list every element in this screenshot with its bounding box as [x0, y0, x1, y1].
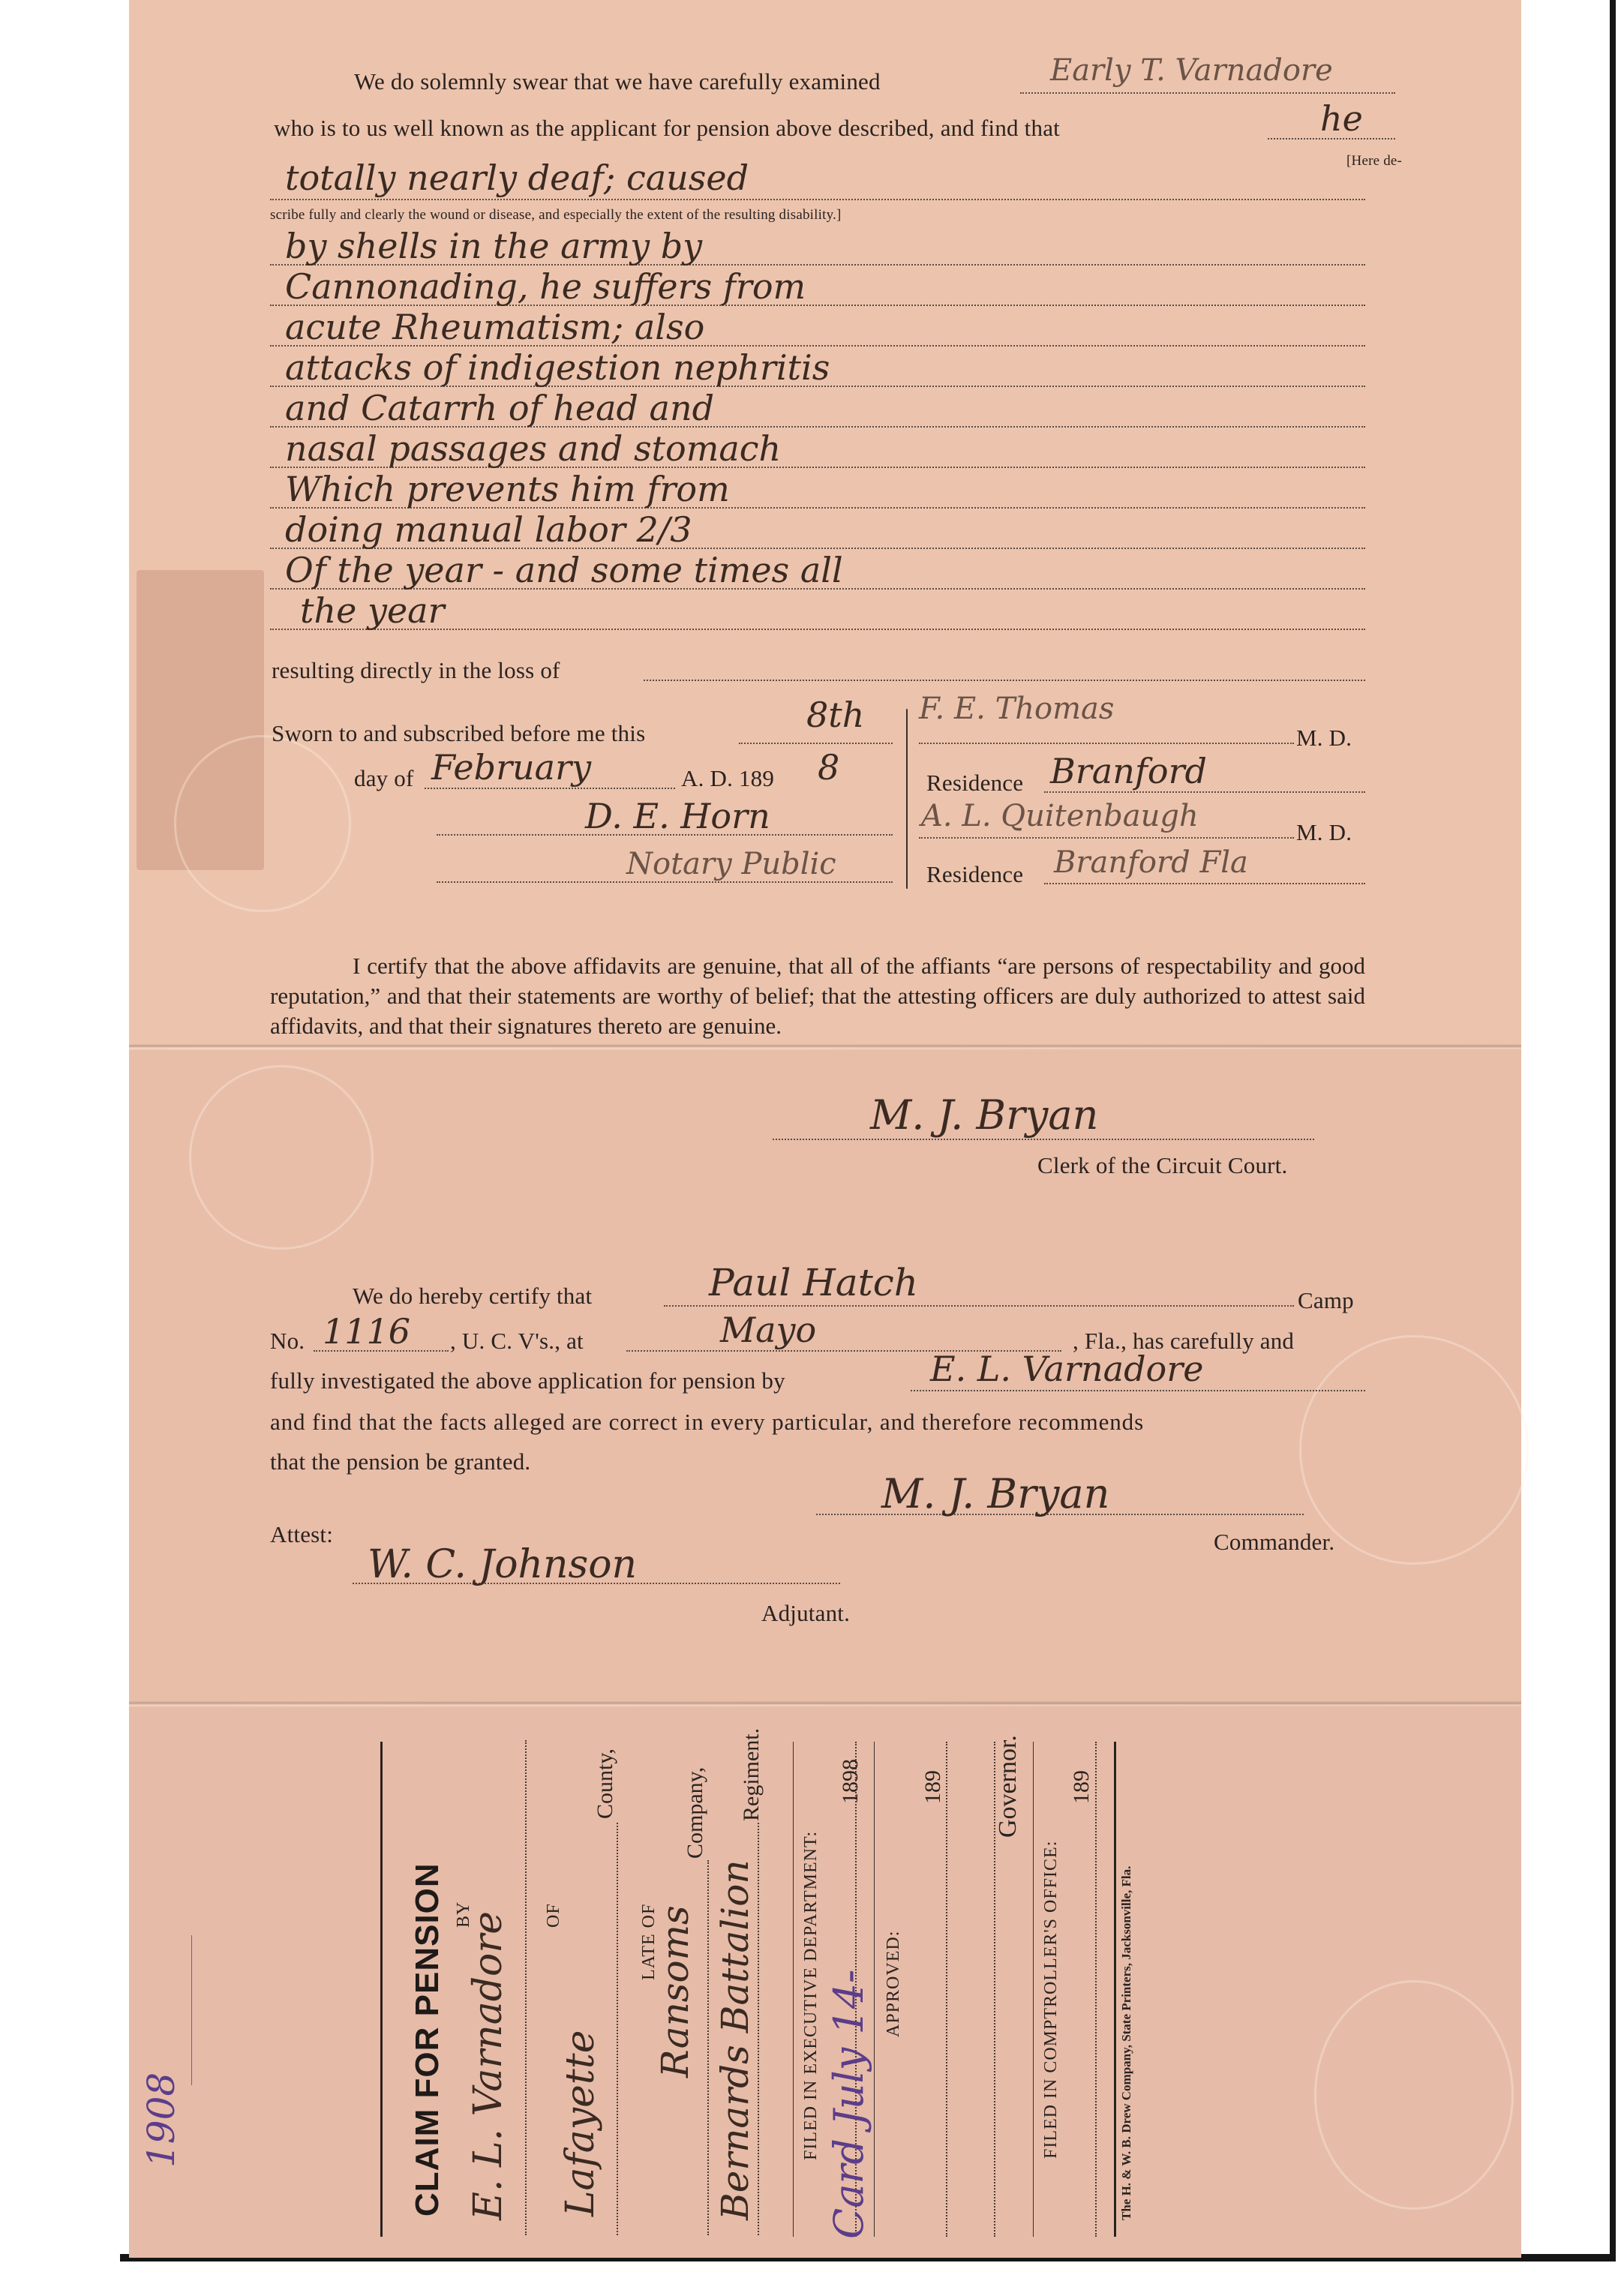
embossed-seal-left [174, 735, 351, 912]
physician-1-signature: F. E. Thomas [919, 694, 1114, 724]
ad-label: A. D. 189 [681, 767, 774, 790]
description-hw-line: doing manual labor 2/3 [285, 512, 692, 547]
sworn-day-handwritten: 8th [806, 698, 864, 732]
clerk-certification-body: I certify that the above affidavits are … [270, 953, 1365, 1039]
approved-label: APPROVED: [884, 1931, 904, 2037]
sworn-month-handwritten: February [431, 750, 591, 785]
embossed-seal-bottom [1314, 1980, 1514, 2210]
regiment-label: Regiment. [739, 1728, 764, 1821]
here-describe-note: [Here de- [1346, 154, 1402, 168]
embossed-seal-left-2 [189, 1065, 374, 1250]
resulting-field [644, 680, 1365, 681]
exec-rule-right [874, 1742, 875, 2237]
clerk-signature: M. J. Bryan [870, 1095, 1098, 1136]
description-hw-line: totally nearly deaf; caused [285, 161, 749, 195]
comptroller-rule [1033, 1742, 1034, 2237]
finding-handwritten: he [1320, 101, 1363, 136]
imprint-rule [1114, 1742, 1116, 2237]
scan-border-right [1610, 0, 1616, 2258]
county-field [617, 1823, 618, 2235]
governor-label: Governor. [994, 1735, 1022, 1838]
company-handwritten: Ransoms [656, 1905, 694, 2078]
claimant-handwritten: E. L. Varnadore [469, 1911, 508, 2220]
camp-name-handwritten: Paul Hatch [709, 1264, 918, 1301]
filed-comptroller-date-field [1095, 1742, 1097, 2237]
exec-rule-left [793, 1742, 794, 2237]
filed-comptroller-year: 189 [1069, 1770, 1094, 1804]
sworn-year-digit-handwritten: 8 [818, 750, 839, 785]
clerk-signature-field [773, 1139, 1314, 1140]
regiment-handwritten: Bernards Battalion [716, 1859, 754, 2220]
description-hw-line: Of the year - and some times all [285, 553, 843, 587]
margin-note-year: 1908 [143, 2072, 180, 2168]
filed-comptroller-label: FILED IN COMPTROLLER'S OFFICE: [1041, 1841, 1061, 2159]
title-rule [380, 1742, 383, 2237]
investigated-applicant-field [911, 1390, 1365, 1391]
md-label-2: M. D. [1296, 821, 1352, 844]
residence-2-field [1044, 883, 1365, 884]
company-label: Company, [683, 1767, 708, 1859]
residence-1-field [1044, 791, 1365, 793]
ucv-label: , U. C. V's., at [450, 1329, 584, 1352]
margin-note-rule [191, 1935, 192, 2085]
filed-exec-year: 1898 [838, 1759, 863, 1804]
sworn-month-field [425, 788, 675, 789]
sworn-day-field [739, 743, 893, 744]
physician-2-signature: A. L. Quitenbaugh [921, 801, 1199, 831]
camp-no-label: No. [270, 1329, 305, 1352]
description-hw-line: Which prevents him from [285, 472, 730, 506]
clerk-certification-text: I certify that the above affidavits are … [270, 951, 1365, 1041]
printer-imprint: The H. & W. B. Drew Company, State Print… [1119, 1866, 1134, 2220]
camp-number-handwritten: 1116 [323, 1314, 410, 1349]
commander-title: Commander. [1214, 1530, 1334, 1553]
company-field [707, 1860, 709, 2235]
applicant-name-field [1020, 92, 1395, 94]
adjutant-title: Adjutant. [761, 1601, 850, 1625]
residence-label-2: Residence [926, 863, 1023, 886]
describe-instruction: scribe fully and clearly the wound or di… [270, 208, 842, 222]
camp-name-field [664, 1305, 1294, 1307]
approved-year: 189 [920, 1770, 946, 1804]
day-of-label: day of [354, 767, 414, 790]
description-hw-line: Cannonading, he suffers from [285, 269, 806, 304]
description-hw-line: by shells in the army by [285, 229, 702, 263]
residence-label-1: Residence [926, 771, 1023, 794]
description-rule-0 [270, 199, 1365, 200]
sworn-label: Sworn to and subscribed before me this [272, 722, 645, 745]
adjutant-signature: W. C. Johnson [368, 1545, 637, 1584]
county-handwritten: Lafayette [561, 2030, 600, 2217]
notary-title-field [437, 881, 893, 883]
approved-date-field [946, 1742, 947, 2237]
camp-cert-line-5: that the pension be granted. [270, 1450, 530, 1473]
physician-bracket [906, 709, 908, 889]
physician-2-field [919, 837, 1294, 839]
notary-title-handwritten: Notary Public [626, 849, 836, 879]
md-label-1: M. D. [1296, 726, 1352, 749]
residence-2-handwritten: Branford Fla [1054, 848, 1248, 878]
applicant-name-handwritten: Early T. Varnadore [1050, 56, 1333, 86]
claim-title: CLAIM FOR PENSION [409, 1862, 446, 2216]
affidavit-line-1: We do solemnly swear that we have carefu… [354, 70, 881, 93]
county-label: County, [593, 1748, 618, 1819]
camp-cert-line-4: and find that the facts alleged are corr… [270, 1410, 1144, 1433]
camp-location-handwritten: Mayo [720, 1313, 816, 1347]
description-hw-line: and Catarrh of head and [285, 391, 714, 425]
filed-exec-label: FILED IN EXECUTIVE DEPARTMENT: [801, 1831, 821, 2160]
fold-line-1 [129, 1044, 1521, 1050]
description-hw-line: acute Rheumatism; also [285, 310, 704, 344]
residence-1-handwritten: Branford [1050, 754, 1207, 788]
clerk-title: Clerk of the Circuit Court. [1037, 1154, 1287, 1177]
attest-label: Attest: [270, 1523, 333, 1546]
physician-1-field [919, 743, 1294, 744]
filed-exec-date-handwritten: Card July 14- [829, 1970, 869, 2239]
camp-cert-line-1: We do hereby certify that [353, 1284, 592, 1307]
camp-cert-line-3: fully investigated the above application… [270, 1369, 785, 1392]
fold-line-2 [129, 1701, 1521, 1707]
of-label: OF [544, 1903, 564, 1928]
description-hw-line: attacks of indigestion nephritis [285, 350, 830, 385]
regiment-field [758, 1823, 759, 2235]
commander-signature: M. J. Bryan [881, 1474, 1109, 1514]
claimant-field [525, 1740, 527, 2235]
resulting-label: resulting directly in the loss of [272, 659, 560, 682]
description-hw-line: the year [300, 593, 445, 628]
camp-label: Camp [1298, 1289, 1354, 1312]
notary-signature: D. E. Horn [585, 799, 770, 833]
investigated-applicant-handwritten: E. L. Varnadore [930, 1352, 1203, 1386]
description-hw-line: nasal passages and stomach [285, 431, 781, 466]
affidavit-line-2: who is to us well known as the applicant… [274, 116, 1060, 140]
